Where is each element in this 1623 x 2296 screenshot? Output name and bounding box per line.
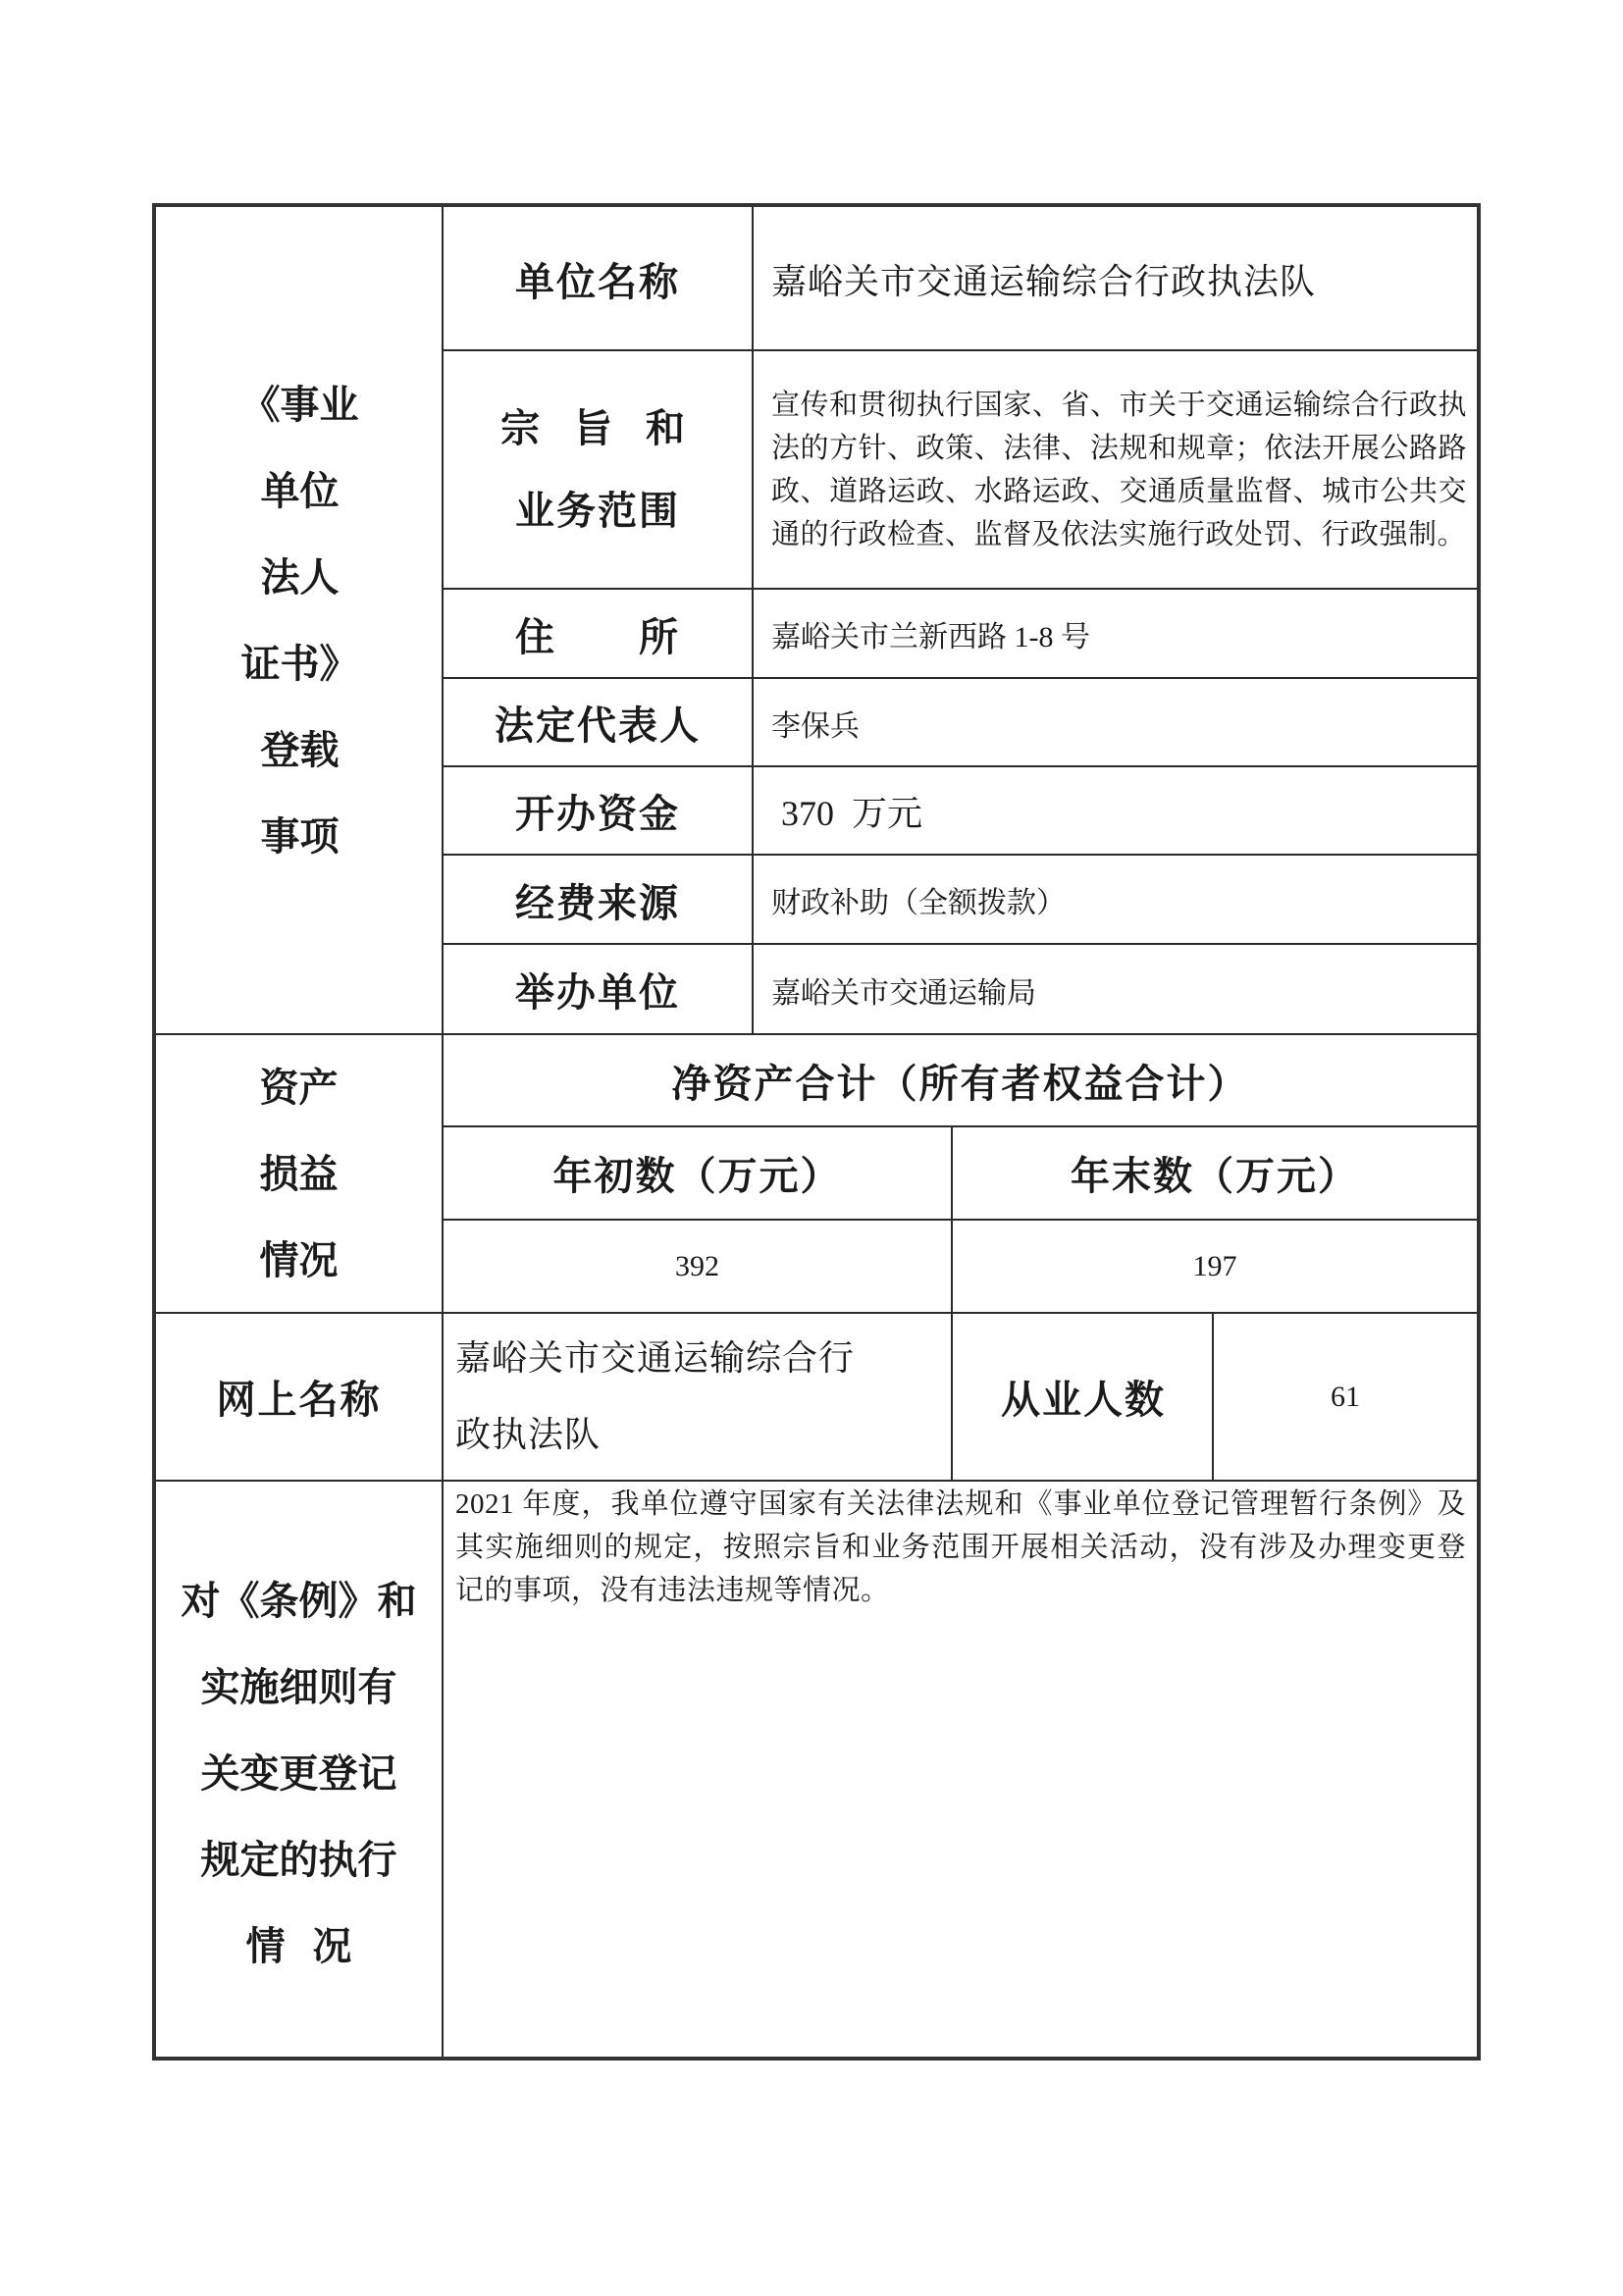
online-name-label: 网上名称 <box>156 1314 442 1480</box>
funding-source-label: 经费来源 <box>444 856 752 944</box>
address-value: 嘉峪关市兰新西路 1-8 号 <box>754 590 1477 678</box>
staff-count-label: 从业人数 <box>953 1314 1214 1480</box>
registration-report-table: 《事业 单位 法人 证书》 登载 事项 单位名称 嘉峪关市交通运输综合行政执法队… <box>152 203 1481 2061</box>
purpose-scope-value: 宣传和贯彻执行国家、省、市关于交通运输综合行政执法的方针、政策、法律、法规和规章… <box>754 351 1477 589</box>
sponsor-unit-label: 举办单位 <box>444 945 752 1034</box>
beginning-of-year-value: 392 <box>444 1221 951 1313</box>
beginning-of-year-label: 年初数（万元） <box>444 1127 951 1219</box>
online-name-value: 嘉峪关市交通运输综合行 政执法队 <box>444 1314 951 1480</box>
registered-capital-label: 开办资金 <box>444 767 752 855</box>
divider <box>442 1482 444 2057</box>
end-of-year-value: 197 <box>953 1221 1477 1313</box>
legal-representative-value: 李保兵 <box>754 679 1477 766</box>
unit-name-label: 单位名称 <box>444 207 752 350</box>
address-label: 住 所 <box>444 590 752 678</box>
purpose-scope-label: 宗 旨 和 业务范围 <box>444 351 752 589</box>
end-of-year-label: 年末数（万元） <box>953 1127 1477 1219</box>
net-assets-header: 净资产合计（所有者权益合计） <box>444 1035 1477 1126</box>
legal-representative-label: 法定代表人 <box>444 679 752 766</box>
unit-name-value: 嘉峪关市交通运输综合行政执法队 <box>754 207 1477 350</box>
assets-label: 资产 损益 情况 <box>156 1035 442 1313</box>
staff-count-value: 61 <box>1214 1314 1477 1480</box>
compliance-label: 对《条例》和 实施细则有 关变更登记 规定的执行 情 况 <box>156 1482 442 2057</box>
compliance-text: 2021 年度，我单位遵守国家有关法律法规和《事业单位登记管理暂行条例》及其实施… <box>455 1483 1466 1612</box>
sponsor-unit-value: 嘉峪关市交通运输局 <box>754 945 1477 1034</box>
funding-source-value: 财政补助（全额拨款） <box>754 856 1477 944</box>
certificate-items-label: 《事业 单位 法人 证书》 登载 事项 <box>156 207 444 1034</box>
registered-capital-value: 370 万元 <box>754 767 1477 855</box>
